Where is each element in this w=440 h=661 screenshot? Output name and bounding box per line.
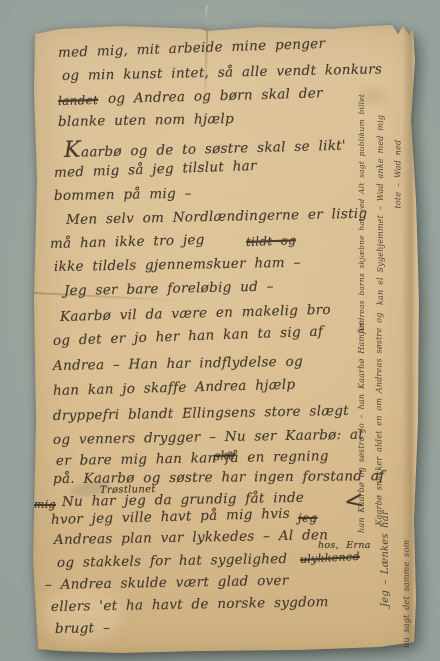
manuscript-line: blanke uten nom hjælp [58,113,234,130]
manuscript-line: Kaarbø og de to søstre skal se likt' [64,132,346,162]
margin-note: han Kaarbø og søstre Jo – han Kaarbø Ham… [356,353,368,533]
manuscript-line: og det er jo her han kan ta sig af [53,326,324,349]
handwriting-layer: med mig, mit arbeide mine penger og min … [0,0,440,661]
manuscript-line: og Andrea og børn skal der [108,87,323,106]
manuscript-line: med mig så jeg tilslut har [54,160,257,181]
manuscript-line: er bare mig han kan få en regning [56,450,329,468]
manuscript-line: han kan jo skaffe Andrea hjælp [53,379,296,399]
struck-word: ske [214,449,236,462]
struck-word: jeg [298,512,317,524]
manuscript-line: Men selv om Nordlændingerne er listig [66,208,368,228]
manuscript-line: Jeg ser bare foreløbig ud – [64,281,274,299]
manuscript-line: må han ikke tro jeg [50,234,205,252]
margin-note: kan el Sygehjemmet – Wad anke med mig [375,135,387,305]
manuscript-line: med mig, mit arbeide mine penger [58,38,326,61]
struck-word: landet [58,94,98,107]
manuscript-line: og venners drygger – Nu ser Kaarbø: at [53,429,364,448]
manuscript-line: hvor jeg ville havt på mig hvis [51,508,290,528]
manuscript-line: Kaarbø vil da være en makelig bro [60,304,331,325]
margin-note: Andreas barns skjæbne har ved Alt sagt p… [356,133,368,333]
struck-word: mig [34,499,56,510]
manuscript-line: bommen på mig – [54,188,192,204]
inserted-word: hos, Erna [318,541,371,551]
manuscript-line: dryppefri blandt Ellingsens store slægt [53,405,349,424]
struck-word: ulykkened [300,551,360,565]
manuscript-line: ikke tildels gjennemskuer ham – [54,257,301,275]
manuscript-line: – Andrea skulde vært glad over [45,575,289,593]
margin-note: tote – Wad ned [393,124,405,209]
manuscript-line: Andrea – Han har indflydelse og [53,356,303,374]
manuscript-line: og stakkels for hat sygelighed [57,553,288,571]
manuscript-line: og min kunst intet, så alle vendt konkur… [62,63,382,83]
struck-word: tildt og [246,234,297,248]
manuscript-line: Andreas plan var lykkedes – Al den [54,529,328,547]
photo-backdrop: med mig, mit arbeide mine penger og min … [0,0,440,661]
margin-note: Jeg – Lænkes har [380,457,392,607]
manuscript-line: ellers 'et ha havt de norske sygdom [51,596,329,614]
manuscript-line: brugt – [55,622,110,636]
margin-note: nu sagt det samme som [401,438,413,648]
